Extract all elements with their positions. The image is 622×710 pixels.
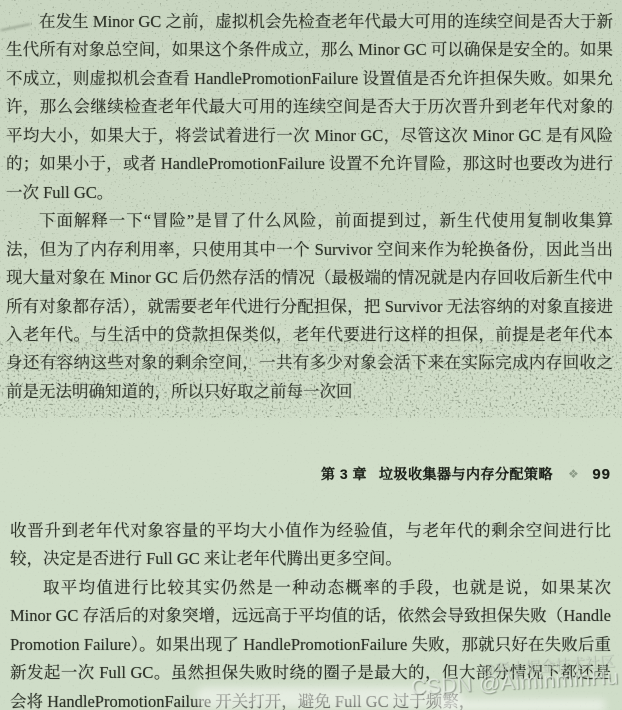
running-header: 第 3 章 垃圾收集器与内存分配策略 ❖ 99 bbox=[321, 464, 611, 484]
paragraph-continuation: 收晋升到老年代对象容量的平均大小值作为经验值，与老年代的剩余空间进行比较，决定是… bbox=[10, 517, 611, 574]
chapter-label: 第 3 章 bbox=[321, 464, 367, 484]
paragraph-minor-gc-check: 在发生 Minor GC 之前，虚拟机会先检查老年代最大可用的连续空间是否大于新… bbox=[6, 8, 613, 207]
page-99-text-block: 收晋升到老年代对象容量的平均大小值作为经验值，与老年代的剩余空间进行比较，决定是… bbox=[10, 517, 611, 710]
page-number: 99 bbox=[592, 466, 611, 483]
blur-redaction-strip bbox=[196, 687, 462, 708]
diamond-ornament-icon: ❖ bbox=[568, 467, 579, 481]
blur-redaction-strip bbox=[438, 699, 606, 710]
overleaf-text-block: 在发生 Minor GC 之前，虚拟机会先检查老年代最大可用的连续空间是否大于新… bbox=[6, 8, 613, 406]
paragraph-risk-explanation: 下面解释一下“冒险”是冒了什么风险，前面提到过，新生代使用复制收集算法，但为了内… bbox=[6, 207, 613, 406]
scanned-book-page: 在发生 Minor GC 之前，虚拟机会先检查老年代最大可用的连续空间是否大于新… bbox=[0, 0, 622, 710]
chapter-title: 垃圾收集器与内存分配策略 bbox=[379, 464, 553, 484]
